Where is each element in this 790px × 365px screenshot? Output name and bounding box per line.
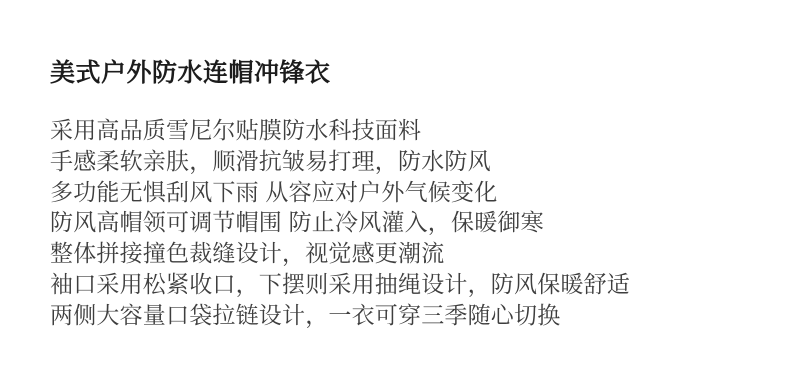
product-title: 美式户外防水连帽冲锋衣 (50, 57, 760, 89)
description-line-multifunction: 多功能无惧刮风下雨 从容应对户外气候变化 (50, 177, 760, 208)
description-line-cuffs: 袖口采用松紧收口，下摆则采用抽绳设计，防风保暖舒适 (50, 269, 760, 300)
description-line-hood: 防风高帽领可调节帽围 防止冷风灌入，保暖御寒 (50, 207, 760, 238)
description-line-fabric: 采用高品质雪尼尔贴膜防水科技面料 (50, 115, 760, 146)
description-line-stitching: 整体拼接撞色裁缝设计，视觉感更潮流 (50, 238, 760, 269)
product-description-page: 美式户外防水连帽冲锋衣 采用高品质雪尼尔贴膜防水科技面料 手感柔软亲肤，顺滑抗皱… (0, 0, 790, 365)
description-line-feel: 手感柔软亲肤，顺滑抗皱易打理，防水防风 (50, 146, 760, 177)
description-line-pockets: 两侧大容量口袋拉链设计，一衣可穿三季随心切换 (50, 300, 760, 331)
content-area: 美式户外防水连帽冲锋衣 采用高品质雪尼尔贴膜防水科技面料 手感柔软亲肤，顺滑抗皱… (0, 0, 790, 331)
product-description: 采用高品质雪尼尔贴膜防水科技面料 手感柔软亲肤，顺滑抗皱易打理，防水防风 多功能… (50, 115, 760, 331)
